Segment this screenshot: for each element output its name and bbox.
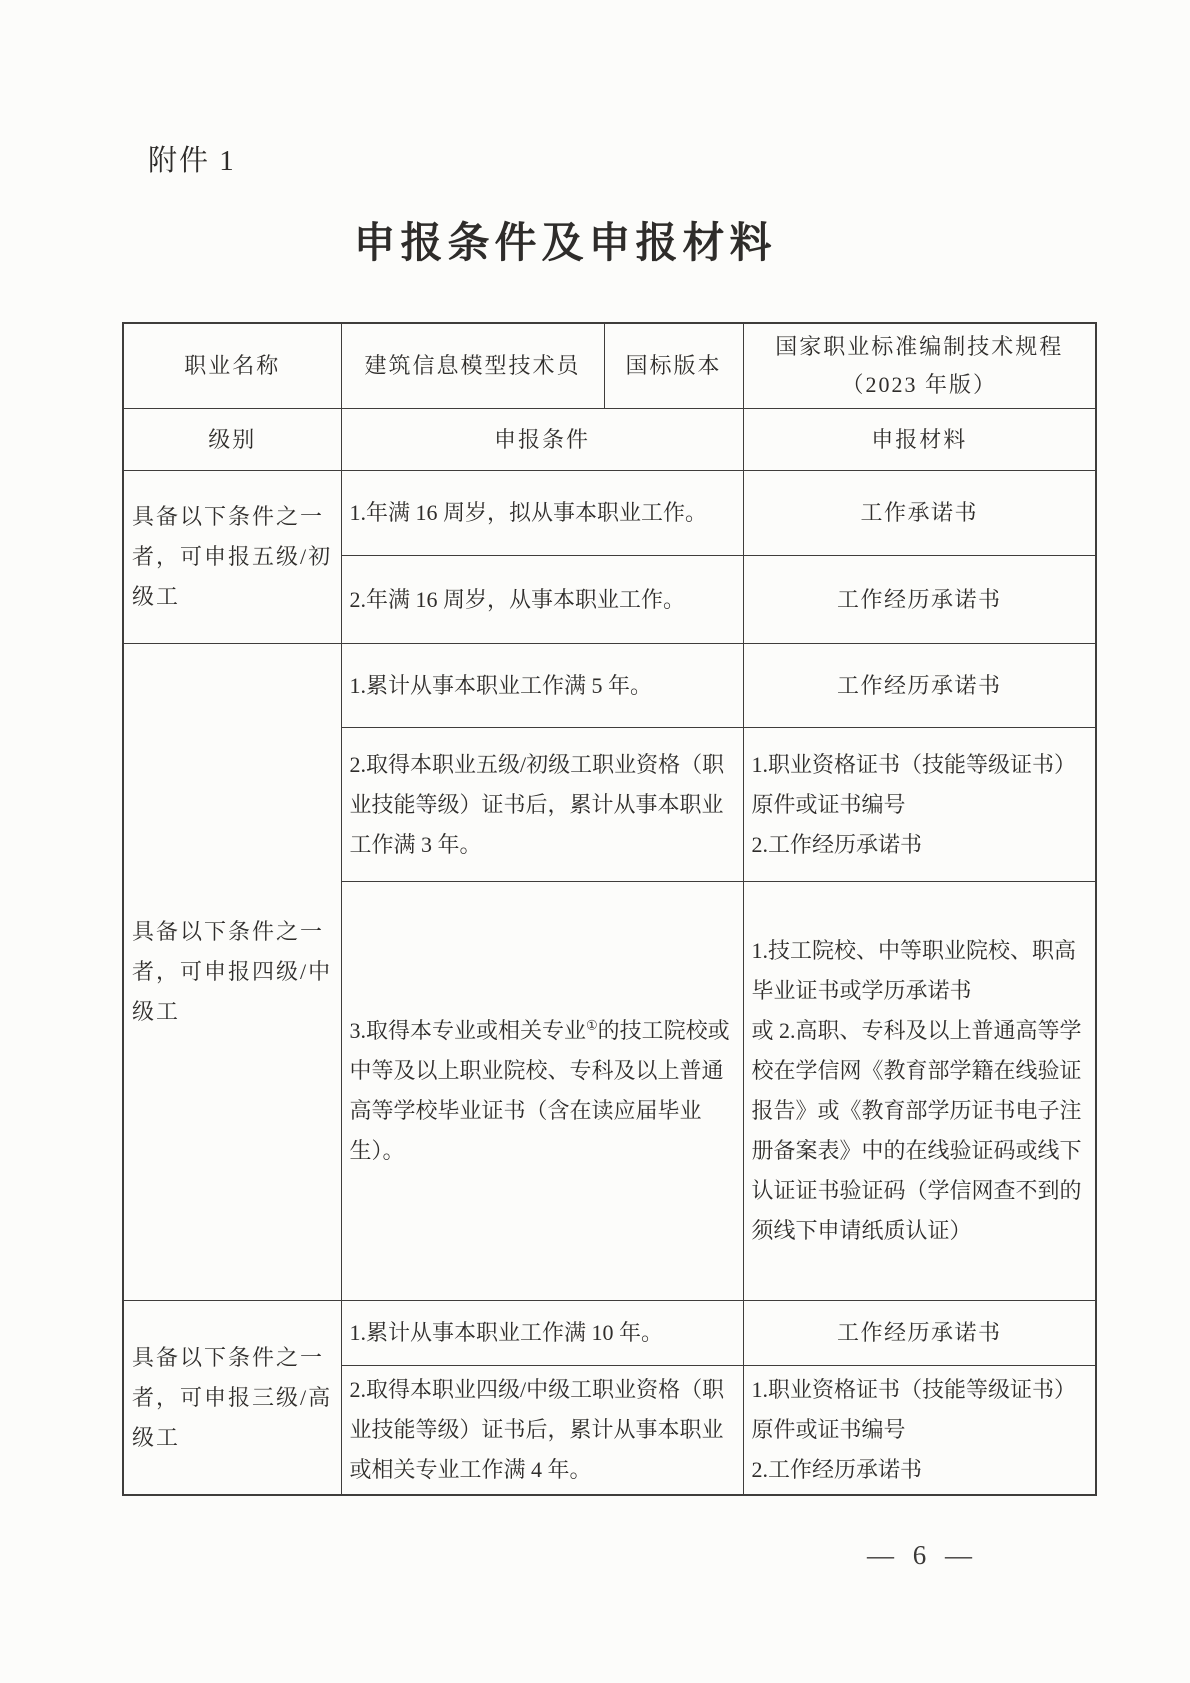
level-label-senior: 具备以下条件之一者，可申报三级/高级工 [123, 1301, 341, 1496]
occupation-name-label: 职业名称 [123, 323, 341, 409]
attachment-label: 附件 1 [148, 138, 236, 179]
condition-cell: 2.取得本职业四级/中级工职业资格（职业技能等级）证书后，累计从事本职业或相关专… [341, 1366, 743, 1496]
column-header-conditions: 申报条件 [341, 409, 743, 471]
materials-cell: 1.职业资格证书（技能等级证书）原件或证书编号 2.工作经历承诺书 [743, 728, 1096, 882]
condition-cell: 1.累计从事本职业工作满 5 年。 [341, 644, 743, 728]
table-row: 具备以下条件之一者，可申报四级/中级工 1.累计从事本职业工作满 5 年。 工作… [123, 644, 1096, 728]
materials-cell: 1.技工院校、中等职业院校、职高毕业证书或学历承诺书 或 2.高职、专科及以上普… [743, 882, 1096, 1301]
materials-cell: 工作经历承诺书 [743, 1301, 1096, 1366]
condition-cell: 2.取得本职业五级/初级工职业资格（职业技能等级）证书后，累计从事本职业工作满 … [341, 728, 743, 882]
materials-cell: 工作经历承诺书 [743, 556, 1096, 644]
materials-item: 1.职业资格证书（技能等级证书）原件或证书编号 [752, 1370, 1088, 1450]
table-row: 具备以下条件之一者，可申报三级/高级工 1.累计从事本职业工作满 10 年。 工… [123, 1301, 1096, 1366]
table-subheader-row: 级别 申报条件 申报材料 [123, 409, 1096, 471]
column-header-materials: 申报材料 [743, 409, 1096, 471]
column-header-level: 级别 [123, 409, 341, 471]
condition-cell: 2.年满 16 周岁，从事本职业工作。 [341, 556, 743, 644]
condition-cell: 1.累计从事本职业工作满 10 年。 [341, 1301, 743, 1366]
footnote-marker: ① [586, 1018, 598, 1033]
condition-text-pre: 3.取得本专业或相关专业 [350, 1018, 587, 1043]
standard-value-line2: （2023 年版） [752, 366, 1088, 404]
materials-item: 2.工作经历承诺书 [752, 1450, 1088, 1490]
page-number: — 6 — [867, 1540, 978, 1571]
standard-version-value: 国家职业标准编制技术规程 （2023 年版） [743, 323, 1096, 409]
standard-value-line1: 国家职业标准编制技术规程 [752, 328, 1088, 366]
standard-version-label: 国标版本 [604, 323, 743, 409]
conditions-table-wrapper: 职业名称 建筑信息模型技术员 国标版本 国家职业标准编制技术规程 （2023 年… [122, 322, 1097, 1496]
occupation-name-value: 建筑信息模型技术员 [341, 323, 604, 409]
materials-item: 或 2.高职、专科及以上普通高等学校在学信网《教育部学籍在线验证报告》或《教育部… [752, 1011, 1088, 1251]
condition-cell: 1.年满 16 周岁，拟从事本职业工作。 [341, 471, 743, 556]
table-header-row: 职业名称 建筑信息模型技术员 国标版本 国家职业标准编制技术规程 （2023 年… [123, 323, 1096, 409]
level-label-junior: 具备以下条件之一者，可申报五级/初级工 [123, 471, 341, 644]
materials-cell: 工作经历承诺书 [743, 644, 1096, 728]
materials-item: 1.技工院校、中等职业院校、职高毕业证书或学历承诺书 [752, 931, 1088, 1011]
document-title: 申报条件及申报材料 [0, 210, 1130, 270]
materials-cell: 1.职业资格证书（技能等级证书）原件或证书编号 2.工作经历承诺书 [743, 1366, 1096, 1496]
conditions-table: 职业名称 建筑信息模型技术员 国标版本 国家职业标准编制技术规程 （2023 年… [122, 322, 1097, 1496]
materials-item: 2.工作经历承诺书 [752, 825, 1088, 865]
condition-cell: 3.取得本专业或相关专业①的技工院校或中等及以上职业院校、专科及以上普通高等学校… [341, 882, 743, 1301]
materials-item: 1.职业资格证书（技能等级证书）原件或证书编号 [752, 745, 1088, 825]
materials-cell: 工作承诺书 [743, 471, 1096, 556]
level-label-intermediate: 具备以下条件之一者，可申报四级/中级工 [123, 644, 341, 1301]
document-page: 附件 1 申报条件及申报材料 职业名称 建筑信息模型技术员 国标版本 国家职业标… [0, 0, 1190, 1683]
table-row: 具备以下条件之一者，可申报五级/初级工 1.年满 16 周岁，拟从事本职业工作。… [123, 471, 1096, 556]
